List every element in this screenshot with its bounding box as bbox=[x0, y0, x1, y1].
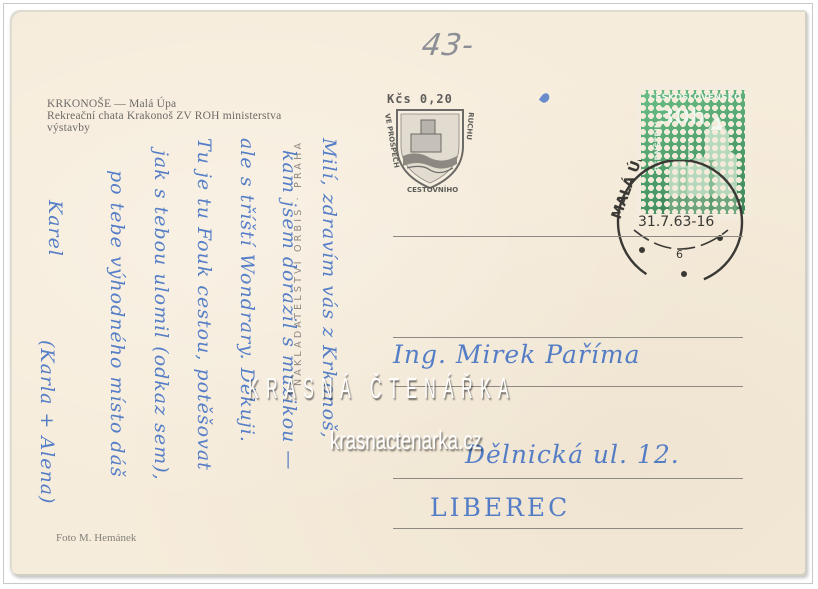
ink-mark bbox=[539, 92, 551, 105]
svg-text:RUCHU: RUCHU bbox=[465, 112, 475, 141]
address-line bbox=[393, 236, 743, 237]
castle-shield-icon: VE PROSPĚCH CESTOVNÍHO RUCHU bbox=[377, 104, 483, 194]
postmark-date: 31.7.63-16 bbox=[638, 214, 714, 230]
svg-text:VE PROSPĚCH: VE PROSPĚCH bbox=[383, 113, 401, 169]
message-line: kam jsem dorazil s muzikou — bbox=[278, 150, 300, 470]
message-line: (Karla + Alena) bbox=[36, 340, 58, 504]
catalog-number: 43- bbox=[420, 28, 477, 63]
caption-title: KRKONOŠE — Malá Úpa bbox=[47, 98, 367, 110]
stamp-country: ČESKOSLOVENSKO bbox=[649, 93, 742, 103]
caption-line: výstavby bbox=[47, 122, 367, 134]
svg-text:MALÁ ÚPA: MALÁ ÚPA bbox=[610, 160, 651, 221]
postmark-number: 6 bbox=[676, 248, 683, 261]
watermark-title: KRÁSNÁ ČTENÁŘKA bbox=[248, 373, 516, 406]
address-recipient: Ing. Mirek Paříma bbox=[393, 340, 640, 369]
message-line: jak s tebou ulomil (odkaz sem), bbox=[150, 150, 172, 481]
postmark: MALÁ ÚPA 31.7.63-16 6 bbox=[610, 160, 760, 295]
message-line: po tebe výhodného místo dáš bbox=[106, 170, 128, 478]
signature: Karel bbox=[44, 200, 66, 257]
printed-caption: KRKONOŠE — Malá Úpa Rekreační chata Krak… bbox=[47, 98, 367, 134]
photo-credit: Foto M. Hemánek bbox=[56, 532, 136, 544]
message-line: Tu je tu Fouk cestou, potěšovat bbox=[193, 138, 215, 471]
address-line bbox=[393, 528, 743, 529]
postcard: KRKONOŠE — Malá Úpa Rekreační chata Krak… bbox=[10, 10, 807, 576]
watermark-url: krasnactenarka.cz bbox=[330, 425, 482, 456]
tourism-cachet: Kčs 0,20 VE PROSPĚCH CESTOVNÍHO RUCHU bbox=[377, 92, 483, 192]
address-street: Dělnická ul. 12. bbox=[465, 440, 680, 469]
caption-line: Rekreační chata Krakonoš ZV ROH minister… bbox=[47, 110, 367, 122]
svg-text:CESTOVNÍHO: CESTOVNÍHO bbox=[407, 185, 458, 194]
address-line bbox=[393, 478, 743, 479]
address-line bbox=[393, 337, 743, 338]
address-city: LIBEREC bbox=[430, 493, 570, 522]
